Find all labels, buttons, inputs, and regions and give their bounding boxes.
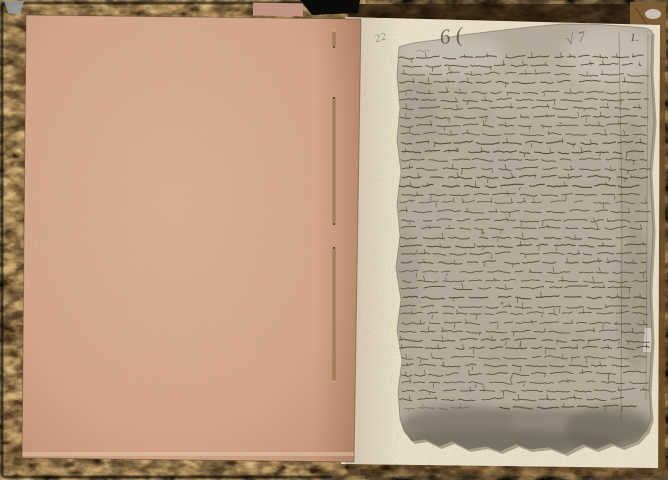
book-scan-photo: 22: [0, 0, 668, 480]
folio-number: 1.: [630, 32, 639, 44]
stitch-segment: [333, 97, 335, 225]
book-scan-canvas: 22: [0, 0, 668, 480]
manuscript-parchment-leaf: 6 ( √ 7 1.: [380, 22, 656, 458]
left-blank-page: [22, 15, 362, 463]
cover-paper-tab: [253, 3, 303, 17]
